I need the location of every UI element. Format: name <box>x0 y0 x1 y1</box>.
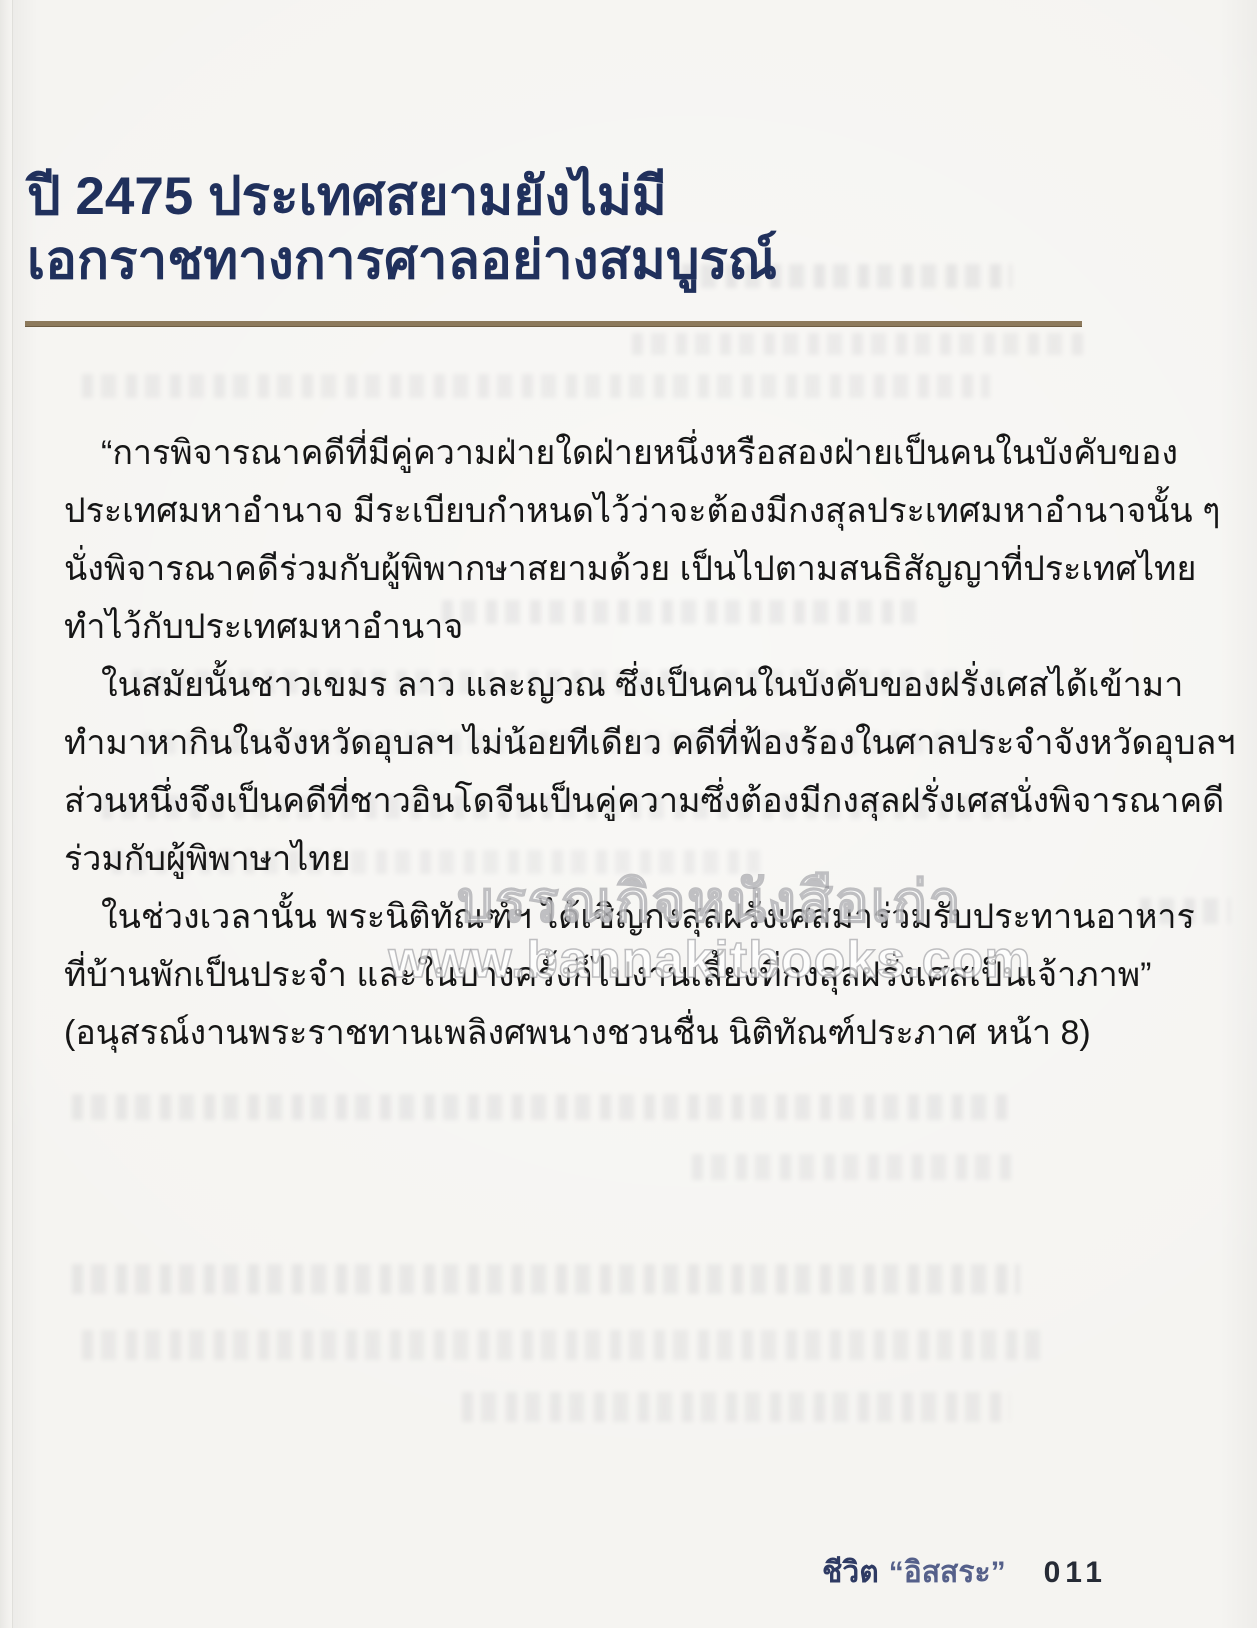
footer-book-title: ชีวิต <box>822 1549 879 1596</box>
body-text-block: “การพิจารณาคดีที่มีคู่ความฝ่ายใดฝ่ายหนึ่… <box>64 424 1104 1062</box>
bleed-through-line <box>632 333 1084 355</box>
body-text-line: ในช่วงเวลานั้น พระนิติทัณฑ์ฯ ได้เชิญกงสุ… <box>64 888 1104 946</box>
chapter-heading-line1: ปี 2475 ประเทศสยามยังไม่มี <box>27 165 777 229</box>
bleed-through-line <box>72 1264 1020 1294</box>
bleed-through-line <box>692 1154 1012 1180</box>
bleed-through-line <box>72 1094 1010 1120</box>
page-footer: ชีวิต “อิสสระ” 011 <box>822 1549 1107 1596</box>
body-text-line: ประเทศมหาอำนาจ มีระเบียบกำหนดไว้ว่าจะต้อ… <box>64 482 1104 540</box>
body-text-line: ร่วมกับผู้พิพาษาไทย <box>64 830 1104 888</box>
bleed-through-line <box>82 1330 1040 1360</box>
bleed-through-line <box>462 1392 1010 1422</box>
body-text-line: นั่งพิจารณาคดีร่วมกับผู้พิพากษาสยามด้วย … <box>64 540 1104 598</box>
bleed-through-line <box>82 374 990 398</box>
body-text-line: ในสมัยนั้นชาวเขมร ลาว และญวณ ซึ่งเป็นคนใ… <box>64 656 1104 714</box>
body-text-line: ทำมาหากินในจังหวัดอุบลฯ ไม่น้อยทีเดียว ค… <box>64 714 1104 772</box>
chapter-heading-line2: เอกราชทางการศาลอย่างสมบูรณ์ <box>27 229 777 293</box>
body-text-line: ส่วนหนึ่งจึงเป็นคดีที่ชาวอินโดจีนเป็นคู่… <box>64 772 1104 830</box>
body-text-line: “การพิจารณาคดีที่มีคู่ความฝ่ายใดฝ่ายหนึ่… <box>64 424 1104 482</box>
footer-page-number: 011 <box>1044 1556 1107 1590</box>
footer-quoted-title: “อิสสระ” <box>889 1549 1006 1596</box>
body-text-line: ที่บ้านพักเป็นประจำ และในบางครั้งก็ไปงาน… <box>64 946 1104 1004</box>
citation-line: (อนุสรณ์งานพระราชทานเพลิงศพนางชวนชื่น นิ… <box>64 1004 1104 1062</box>
heading-divider-rule <box>25 321 1082 327</box>
chapter-heading: ปี 2475 ประเทศสยามยังไม่มี เอกราชทางการศ… <box>27 165 777 293</box>
page-left-edge <box>0 0 13 1628</box>
body-text-line: ทำไว้กับประเทศมหาอำนาจ <box>64 598 1104 656</box>
